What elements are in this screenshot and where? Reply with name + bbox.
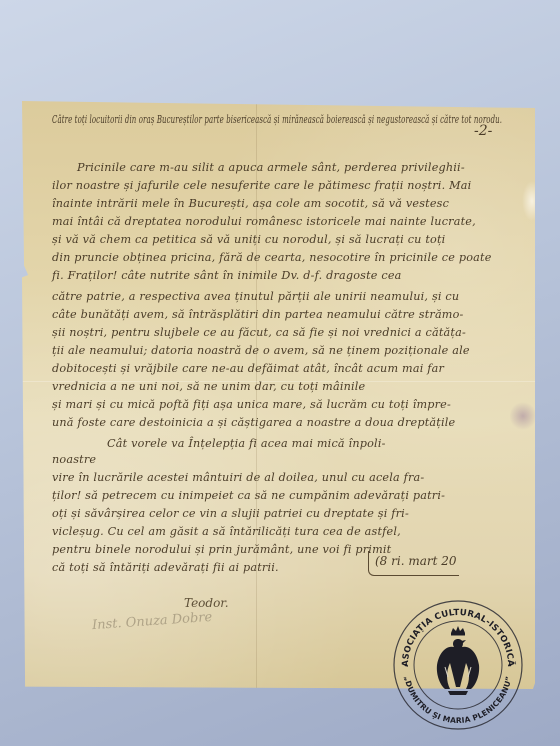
body-line: fi. Fraților! câte nutrite sânt în inimi…	[52, 269, 402, 282]
eagle-with-crown-icon: ASOCIAȚIA CULTURAL-ISTORICĂ „DUMITRU ȘI …	[390, 597, 526, 733]
body-line: Cât vorele va Înțelepția fi acea mai mic…	[107, 437, 386, 450]
body-line: vrednicia a ne uni noi, să ne unim dar, …	[52, 380, 365, 393]
body-line: ții ale neamului; datoria noastră de o a…	[52, 344, 470, 357]
body-line: din pruncie obținea pricina, fără de cea…	[52, 251, 492, 264]
signature: Teodor.	[184, 596, 229, 610]
body-line: dobitocești și vrăjbile care ne-au defăi…	[52, 362, 444, 375]
body-line: înainte intrării mele în București, așa …	[52, 197, 449, 210]
body-line: pentru binele norodului și prin jurământ…	[52, 543, 391, 556]
body-line: ilor noastre și jafurile cele nesuferite…	[52, 179, 471, 192]
pencil-note: Inst. Onuza Dobre	[92, 610, 213, 633]
body-line: că toți să întăriți adevărați fii ai pat…	[52, 561, 279, 574]
date: (8 ri. mart 20	[375, 554, 457, 568]
paper-tear	[522, 181, 542, 221]
body-line: câte bunătăți avem, să întrăsplătiri din…	[52, 308, 464, 321]
body-line: către patrie, a respectiva avea ținutul …	[52, 290, 459, 303]
body-line: șii noștri, pentru slujbele ce au făcut,…	[52, 326, 466, 339]
body-line: și vă vă chem ca petitica să vă uniți cu…	[52, 233, 445, 246]
body-line: ților! să petrecem cu inimpeiet ca să ne…	[52, 489, 445, 502]
body-line: vicleșug. Cu cel am găsit a să întărilic…	[52, 525, 401, 538]
body-line: și mari și cu mică poftă fiți așa unica …	[52, 398, 451, 411]
body-line: ună foste care destoinicia a și căștigar…	[52, 416, 455, 429]
body-line: vire în lucrările acestei mântuiri de al…	[52, 471, 424, 484]
body-line: Pricinile care m-au silit a apuca armele…	[77, 161, 465, 174]
body-line: mai întâi că dreptatea norodului românes…	[52, 215, 476, 228]
association-stamp: ASOCIAȚIA CULTURAL-ISTORICĂ „DUMITRU ȘI …	[390, 597, 526, 733]
body-line: oți și săvârșirea celor ce vin a slujii …	[52, 507, 409, 520]
heading-line-1: Către toți locuitorii din oraș București…	[52, 113, 502, 126]
body-line: noastre	[52, 453, 96, 466]
ink-stain	[510, 401, 536, 431]
